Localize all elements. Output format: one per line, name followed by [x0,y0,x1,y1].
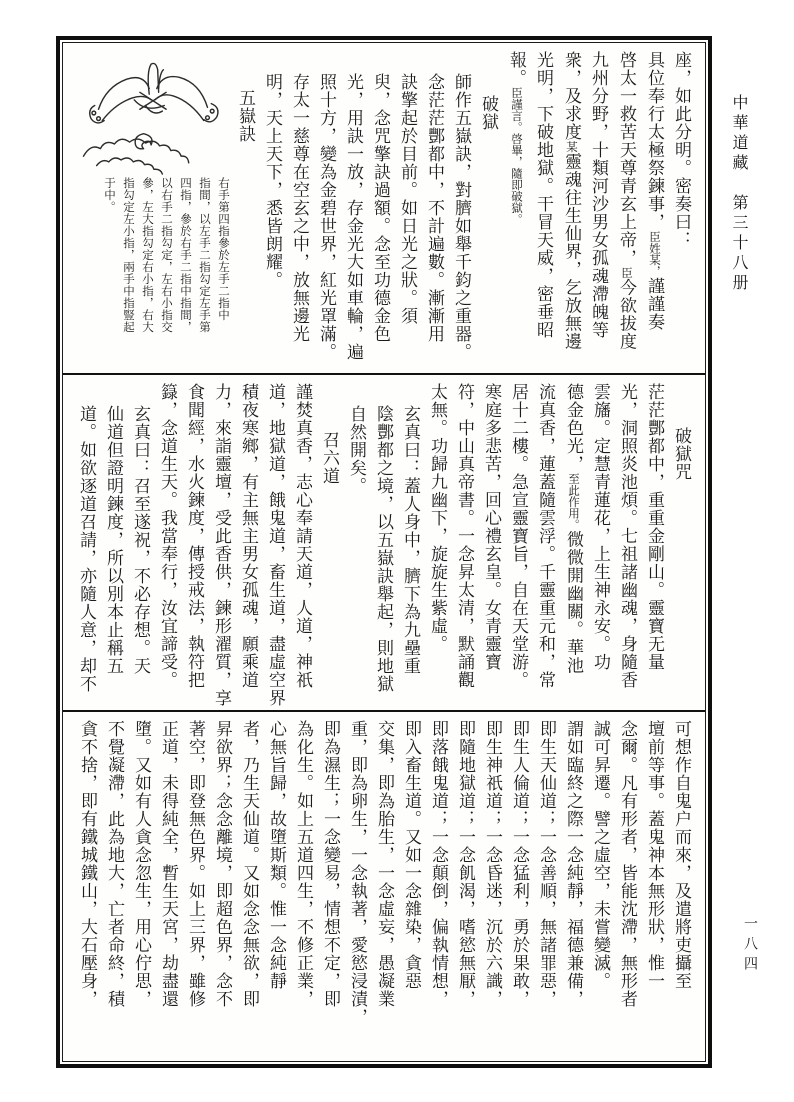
text-column: 師作五嶽訣，對臍如舉千鈞之重器。 [448,51,475,365]
text-run: 墮。又如有人貪念忽生，用心佇思， [132,720,151,1008]
text-run: 居十二樓。急宣靈寶旨，自在天堂游。 [509,383,528,689]
text-column: 不覺凝滯，此為地大，亡者命終，積 [101,720,128,1053]
text-column: 符，中山真帝書。一念昇太清，默誦觀 [451,383,478,702]
text-run: 念爾。凡有形者，皆能沈滯，無形者 [618,720,637,1008]
text-column: 具位奉行太極祭鍊事，臣姓某，謹謹奏 [640,51,668,365]
text-run: 破獄 [479,95,498,131]
text-run: 啓太一救苦天尊青玄上帝， [617,51,636,267]
text-column: 光明，下破地獄。干冒天威，密垂昭 [530,51,557,365]
text-column: 明，天上天下，悉皆朗耀。 [259,51,286,365]
text-run: 即落餓鬼道；一念顛倒，偏執情想， [429,720,448,1008]
text-run: 積夜寒鄉，有主無主男女孤魂，願乘道 [239,383,258,689]
text-column: 臾，念咒擎訣過額。念至功德金色 [367,51,394,365]
page-number: 一八四 [739,916,759,976]
text-column: 雲旛。定慧青蓮花，上生神永安。功 [587,383,614,702]
annotation-run: 臣姓某， [648,231,660,277]
text-column: 道。如欲逐道召請，亦隨人意，却不 [73,383,100,702]
text-column: 壇前等事。蓋鬼神本無形狀，惟一 [641,720,668,1053]
section-top: 座，如此分明。密奏曰：具位奉行太極祭鍊事，臣姓某，謹謹奏啓太一救苦天尊青玄上帝，… [63,43,705,373]
text-column: 訣擎起於目前。如日光之狀。須 [394,51,421,365]
text-run: 照十方，變為金碧世界，紅光罩滿。 [317,73,336,361]
text-run: 道，地獄道，餓鬼道，畜生道，盡虛空界 [266,383,285,707]
text-column: 墮。又如有人貪念忽生，用心佇思， [128,720,155,1053]
text-run: 正道，未得純全，暫生天宮，劫盡還 [159,720,178,1008]
text-column: 光，用訣一放，存金光大如車輪，遍 [340,51,367,365]
mudra-note-column: 指勾定左小指，兩手中指豎起 [118,177,137,359]
text-run: 符，中山真帝書。一念昇太清，默誦觀 [455,383,474,689]
section-heading: 破獄 [475,51,502,365]
section-heading: 五嶽訣 [232,51,259,365]
text-run: 心無旨歸，故墮斯類。惟一念純靜 [267,720,286,990]
text-column: 玄真曰：召至遂祝，不必存想。天 [127,383,154,702]
text-run: 報。 [507,51,526,87]
page-frame: 座，如此分明。密奏曰：具位奉行太極祭鍊事，臣姓某，謹謹奏啓太一救苦天尊青玄上帝，… [56,36,712,1068]
text-column: 念茫茫酆都中，不計遍數。漸漸用 [421,51,448,365]
text-run: 謹焚真香，志心奉請天道，人道，神祇 [293,383,312,689]
text-run: 著空，即登無色界。如上三界，雖修 [186,720,205,1008]
figure-block: 右手第四指參於左手二指中指間，以左手二指勾定左手第四指，參於右手二指中指間，以右… [74,51,232,365]
text-column: 即生天仙道；一念善順，無諸罪惡， [533,720,560,1053]
text-run: 即為濕生；一念變易，情想不定，即 [321,720,340,1008]
text-run: 昇欲界；念念離境，即超色界，念不 [213,720,232,1008]
section-middle: 破獄咒茫茫酆都中，重重金剛山。靈寶无量光，洞照炎池煩。七祖諸幽魂，身隨香雲旛。定… [63,373,705,710]
text-run: 貪不捨，即有鐵城鐵山，大石壓身， [78,720,97,1008]
text-run: 即生神祇道；一念昏迷，沉於六識， [483,720,502,1008]
text-column: 謹焚真香，志心奉請天道，人道，神祇 [289,383,316,702]
annotation-run: 至此作用。 [567,473,579,531]
section-bottom: 可想作自鬼户而來，及遣將吏攝至壇前等事。蓋鬼神本無形狀，惟一念爾。凡有形者，皆能… [63,710,705,1061]
text-run: 靈魂往生仙界，乞放無邊 [562,153,581,351]
text-column: 玄真曰：蓋人身中，臍下為九壘重 [397,383,424,702]
text-column: 力，來詣靈壇，受此香供，鍊形濯質，享 [208,383,235,702]
text-column: 自然開矣。 [343,383,370,702]
text-column: 座，如此分明。密奏曰： [668,51,695,365]
volume-title: 中華道藏 第三十八册 [727,94,750,294]
text-run: 交集，即為胎生，一念虛妄，愚凝業 [375,720,394,1008]
text-run: 玄真曰：召至遂祝，不必存想。天 [131,405,150,675]
text-column: 心無旨歸，故墮斯類。惟一念純靜 [263,720,290,1053]
text-run: 為化生。如上五道四生，不修正業， [294,720,313,1008]
section-heading: 破獄咒 [668,383,695,702]
text-column: 積夜寒鄉，有主無主男女孤魂，願乘道 [235,383,262,702]
text-column: 者，乃生天仙道。又如念念無欲，即 [236,720,263,1053]
text-run: 可想作自鬼户而來，及遣將吏攝至 [672,720,691,990]
text-run: 陰酆都之境，以五嶽訣舉起，則地獄 [374,405,393,693]
text-column: 即生神祇道；一念昏迷，沉於六識， [479,720,506,1053]
text-column: 光，洞照炎池煩。七祖諸幽魂，身隨香 [614,383,641,702]
text-run: 光明，下破地獄。干冒天威，密垂昭 [534,51,553,339]
text-column: 衆，及求度某靈魂往生仙界，乞放無邊 [557,51,585,365]
annotation-run: 臣 [620,267,632,279]
text-run: 衆，及求度 [562,51,581,141]
text-column: 仙道但證明鍊度，所以別本止稱五 [100,383,127,702]
text-column: 即隨地獄道；一念飢渴，嗜慾無厭， [452,720,479,1053]
text-run: 即入畜生道。又如一念雜染，貪惡 [402,720,421,990]
text-run: 訣擎起於目前。如日光之狀。須 [398,73,417,325]
text-column: 昇欲界；念念離境，即超色界，念不 [209,720,236,1053]
text-column: 交集，即為胎生，一念虛妄，愚凝業 [371,720,398,1053]
text-column: 食聞經，水火鍊度，傳授戒法，執符把 [181,383,208,702]
text-run: 師作五嶽訣，對臍如舉千鈞之重器。 [452,73,471,361]
text-run: 九州分野，十類河沙男女孤魂滯魄等 [589,51,608,339]
text-column: 即落餓鬼道；一念顛倒，偏執情想， [425,720,452,1053]
text-run: 謂如臨終之際一念純靜，福德兼備， [564,720,583,1008]
text-run: 念茫茫酆都中，不計遍數。漸漸用 [425,73,444,343]
text-run: 食聞經，水火鍊度，傳授戒法，執符把 [185,383,204,689]
text-column: 著空，即登無色界。如上三界，雖修 [182,720,209,1053]
text-run: 明，天上天下，悉皆朗耀。 [263,73,282,289]
five-peaks-mudra-illustration [77,51,229,175]
text-run: 自然開矣。 [347,405,366,495]
text-run: 微微開幽關。華池 [564,531,583,675]
text-column: 道，地獄道，餓鬼道，畜生道，盡虛空界 [262,383,289,702]
text-area: 座，如此分明。密奏曰：具位奉行太極祭鍊事，臣姓某，謹謹奏啓太一救苦天尊青玄上帝，… [62,42,706,1062]
mudra-note-column: 以右手二指勾定，左右小指交 [156,177,175,359]
text-run: 今欲拔度 [617,279,636,351]
text-run: 具位奉行太極祭鍊事， [645,51,664,231]
text-run: 即生人倫道；一念猛利，勇於果敢， [510,720,529,1008]
text-run: 召六道 [320,431,339,485]
text-column: 貪不捨，即有鐵城鐵山，大石壓身， [74,720,101,1053]
text-column: 即為濕生；一念變易，情想不定，即 [317,720,344,1053]
text-run: 五嶽訣 [236,89,255,143]
mudra-note-column: 四指，參於右手二指中指間， [175,177,194,359]
text-column: 誠可昇遷。譬之虛空，未嘗變滅。 [587,720,614,1053]
text-column: 德金色光，至此作用。微微開幽關。華池 [559,383,587,702]
text-column: 流真香，蓮蓋隨雲浮。千靈重元和，常 [532,383,559,702]
text-run: 寒庭多悲苦，回心禮玄皇。女青靈寶 [482,383,501,671]
annotation-run: 臣謹言。啓畢，隨即破獄。 [510,87,522,225]
text-run: 仙道但證明鍊度，所以別本止稱五 [104,405,123,675]
text-column: 啓太一救苦天尊青玄上帝，臣今欲拔度 [612,51,640,365]
text-run: 重，即為卵生，一念執著，愛慾浸漬， [348,720,367,1026]
text-column: 即生人倫道；一念猛利，勇於果敢， [506,720,533,1053]
text-column: 籙，念道生天。我當奉行，汝宜諦受。 [154,383,181,702]
text-run: 玄真曰：蓋人身中，臍下為九壘重 [401,405,420,675]
text-column: 茫茫酆都中，重重金剛山。靈寶无量 [641,383,668,702]
text-run: 德金色光， [564,383,583,473]
text-column: 謂如臨終之際一念純靜，福德兼備， [560,720,587,1053]
text-run: 流真香，蓮蓋隨雲浮。千靈重元和，常 [536,383,555,689]
text-column: 報。臣謹言。啓畢，隨即破獄。 [502,51,530,365]
text-column: 九州分野，十類河沙男女孤魂滯魄等 [585,51,612,365]
text-run: 道。如欲逐道召請，亦隨人意，却不 [77,405,96,693]
text-run: 即生天仙道；一念善順，無諸罪惡， [537,720,556,1008]
text-column: 即入畜生道。又如一念雜染，貪惡 [398,720,425,1053]
text-run: 力，來詣靈壇，受此香供，鍊形濯質，享 [212,383,231,707]
text-run: 光，用訣一放，存金光大如車輪，遍 [344,73,363,361]
text-run: 壇前等事。蓋鬼神本無形狀，惟一 [645,720,664,990]
mudra-note-column: 右手第四指參於左手二指中 [213,177,232,359]
text-column: 居十二樓。急宣靈寶旨，自在天堂游。 [505,383,532,702]
text-column: 照十方，變為金碧世界，紅光罩滿。 [313,51,340,365]
text-run: 臾，念咒擎訣過額。念至功德金色 [371,73,390,343]
text-run: 雲旛。定慧青蓮花，上生神永安。功 [591,383,610,671]
mudra-note-column: 參，左大指勾定右小指，右大 [137,177,156,359]
text-run: 即隨地獄道；一念飢渴，嗜慾無厭， [456,720,475,1008]
text-column: 為化生。如上五道四生，不修正業， [290,720,317,1053]
text-column: 正道，未得純全，暫生天宮，劫盡還 [155,720,182,1053]
text-run: 存太一慈尊在空玄之中，放無邊光 [290,73,309,343]
mudra-note-column: 于中。 [99,177,118,359]
text-column: 太無。功歸九幽下，旋旋生紫虛。 [424,383,451,702]
text-run: 破獄咒 [672,427,691,481]
text-run: 茫茫酆都中，重重金剛山。靈寶无量 [645,383,664,671]
text-column: 寒庭多悲苦，回心禮玄皇。女青靈寶 [478,383,505,702]
text-run: 太無。功歸九幽下，旋旋生紫虛。 [428,383,447,653]
text-run: 座，如此分明。密奏曰： [672,51,691,249]
text-column: 存太一慈尊在空玄之中，放無邊光 [286,51,313,365]
text-run: 光，洞照炎池煩。七祖諸幽魂，身隨香 [618,383,637,689]
text-column: 陰酆都之境，以五嶽訣舉起，則地獄 [370,383,397,702]
section-heading: 召六道 [316,383,343,702]
text-run: 謹謹奏 [645,277,664,331]
text-column: 可想作自鬼户而來，及遣將吏攝至 [668,720,695,1053]
text-run: 誠可昇遷。譬之虛空，未嘗變滅。 [591,720,610,990]
text-column: 念爾。凡有形者，皆能沈滯，無形者 [614,720,641,1053]
text-run: 不覺凝滯，此為地大，亡者命終，積 [105,720,124,1008]
text-column: 重，即為卵生，一念執著，愛慾浸漬， [344,720,371,1053]
text-run: 者，乃生天仙道。又如念念無欲，即 [240,720,259,1008]
mudra-instructions: 右手第四指參於左手二指中指間，以左手二指勾定左手第四指，參於右手二指中指間，以右… [74,177,232,359]
mudra-note-column: 指間，以左手二指勾定左手第 [194,177,213,359]
annotation-run: 某 [565,141,577,153]
text-run: 籙，念道生天。我當奉行，汝宜諦受。 [158,383,177,689]
